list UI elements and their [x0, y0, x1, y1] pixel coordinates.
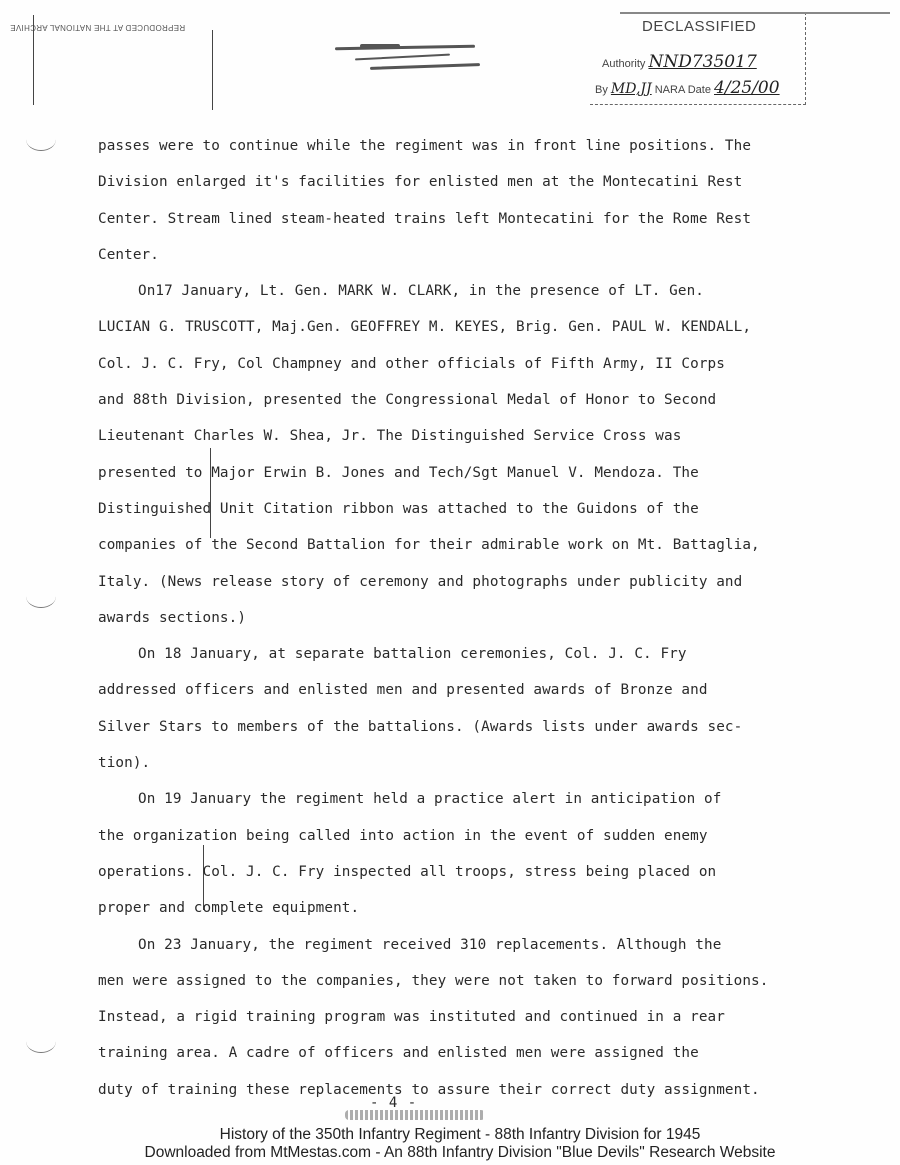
by-row: By MD,JJ NARA Date 4/25/00	[595, 78, 780, 98]
page-number-scribble	[345, 1110, 485, 1120]
text-line: Silver Stars to members of the battalion…	[98, 709, 798, 745]
redaction-scribble	[330, 40, 480, 76]
text-line: On17 January, Lt. Gen. MARK W. CLARK, in…	[98, 273, 798, 309]
footer-title: History of the 350th Infantry Regiment -…	[10, 1126, 900, 1144]
paragraph: On 18 January, at separate battalion cer…	[98, 636, 798, 781]
text-line: Distinguished Unit Citation ribbon was a…	[98, 491, 798, 527]
text-line: On 23 January, the regiment received 310…	[98, 927, 798, 963]
document-page: REPRODUCED AT THE NATIONAL ARCHIVE DECLA…	[0, 0, 900, 1165]
stamp-top-rule	[620, 12, 890, 14]
punch-hole-mark	[26, 585, 56, 608]
text-line: presented to Major Erwin B. Jones and Te…	[98, 455, 798, 491]
text-line: awards sections.)	[98, 600, 798, 636]
punch-hole-mark	[26, 128, 56, 151]
text-line: operations. Col. J. C. Fry inspected all…	[98, 854, 798, 890]
text-line: duty of training these replacements to a…	[98, 1072, 798, 1108]
archive-stamp: REPRODUCED AT THE NATIONAL ARCHIVE	[10, 23, 185, 32]
authority-row: Authority NND735017	[602, 52, 757, 72]
paragraph: On 19 January the regiment held a practi…	[98, 781, 798, 926]
text-line: and 88th Division, presented the Congres…	[98, 382, 798, 418]
text-line: Italy. (News release story of ceremony a…	[98, 564, 798, 600]
paragraph: On17 January, Lt. Gen. MARK W. CLARK, in…	[98, 273, 798, 636]
text-line: Col. J. C. Fry, Col Champney and other o…	[98, 346, 798, 382]
by-value: MD,JJ	[611, 81, 652, 97]
text-line: LUCIAN G. TRUSCOTT, Maj.Gen. GEOFFREY M.…	[98, 309, 798, 345]
declassified-stamp: DECLASSIFIED Authority NND735017 By MD,J…	[590, 12, 806, 105]
text-line: addressed officers and enlisted men and …	[98, 672, 798, 708]
paragraph: On 23 January, the regiment received 310…	[98, 927, 798, 1108]
declassified-title: DECLASSIFIED	[642, 18, 756, 35]
nara-date-value: 4/25/00	[714, 78, 780, 98]
text-line: proper and complete equipment.	[98, 890, 798, 926]
by-label: By	[595, 84, 608, 96]
text-line: Division enlarged it's facilities for en…	[98, 164, 798, 200]
margin-rule	[212, 30, 213, 110]
text-line: Lieutenant Charles W. Shea, Jr. The Dist…	[98, 418, 798, 454]
text-line: Instead, a rigid training program was in…	[98, 999, 798, 1035]
document-body: passes were to continue while the regime…	[98, 128, 798, 1108]
text-line: Center. Stream lined steam-heated trains…	[98, 201, 798, 237]
text-line: companies of the Second Battalion for th…	[98, 527, 798, 563]
punch-hole-mark	[26, 1030, 56, 1053]
footer-source: Downloaded from MtMestas.com - An 88th I…	[10, 1144, 900, 1162]
text-line: men were assigned to the companies, they…	[98, 963, 798, 999]
text-line: On 19 January the regiment held a practi…	[98, 781, 798, 817]
text-line: Center.	[98, 237, 798, 273]
text-line: training area. A cadre of officers and e…	[98, 1035, 798, 1071]
text-line: On 18 January, at separate battalion cer…	[98, 636, 798, 672]
margin-rule	[33, 15, 34, 105]
paragraph: passes were to continue while the regime…	[98, 128, 798, 273]
text-line: passes were to continue while the regime…	[98, 128, 798, 164]
text-line: the organization being called into actio…	[98, 818, 798, 854]
authority-label: Authority	[602, 58, 645, 70]
page-number: - 4 -	[370, 1095, 417, 1111]
nara-date-label: NARA Date	[655, 84, 711, 96]
authority-value: NND735017	[648, 52, 756, 72]
text-line: tion).	[98, 745, 798, 781]
